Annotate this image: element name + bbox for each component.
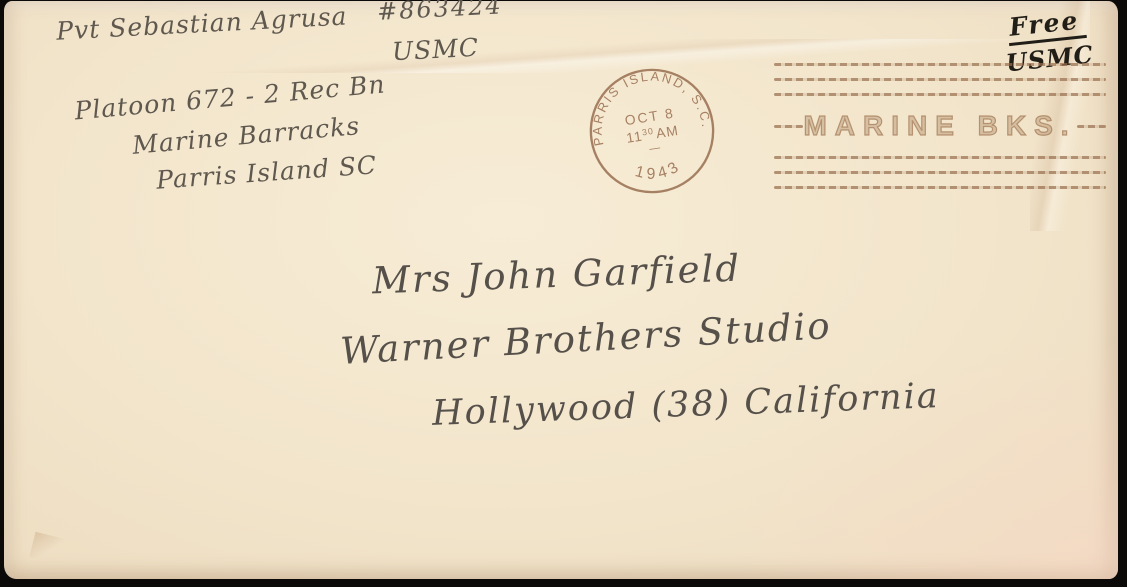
cancel-dash-left	[774, 125, 803, 128]
cancel-bar	[774, 171, 1106, 174]
cancel-dash-right	[1077, 125, 1106, 128]
postmark-year: 1943	[631, 156, 686, 187]
service-number: #863424	[376, 0, 503, 26]
cancel-bar	[774, 156, 1106, 159]
paper-fold-corner	[29, 532, 64, 564]
cancel-bar	[774, 63, 1106, 66]
cancellation-bars: MARINE BKS.	[774, 63, 1106, 189]
envelope: Pvt Sebastian Agrusa#863424 USMC Platoon…	[4, 1, 1118, 579]
paper-tint	[698, 319, 1118, 579]
postmark-stamp: PARRIS ISLAND, S.C. OCT 8 1130AM — 1943	[583, 62, 721, 200]
recipient-name: Mrs John Garfield	[371, 247, 741, 303]
sender-branch: USMC	[391, 33, 479, 67]
recipient-city: Hollywood (38) California	[431, 376, 940, 434]
cancel-bar	[774, 93, 1106, 96]
sender-location: Parris Island SC	[155, 150, 378, 194]
cancel-slogan-row: MARINE BKS.	[774, 108, 1106, 144]
postmark-separator: —	[648, 142, 661, 156]
sender-station: Marine Barracks	[131, 111, 361, 160]
recipient-company: Warner Brothers Studio	[339, 304, 832, 373]
cancel-bar	[774, 186, 1106, 189]
cancel-slogan: MARINE BKS.	[803, 110, 1076, 142]
sender-name: Pvt Sebastian Agrusa	[56, 1, 349, 45]
cancel-bar	[774, 78, 1106, 81]
photo-background: { "return_address": { "name": "Pvt Sebas…	[0, 0, 1127, 587]
free-marking: Free	[1006, 5, 1087, 46]
svg-text:1943: 1943	[631, 156, 686, 187]
